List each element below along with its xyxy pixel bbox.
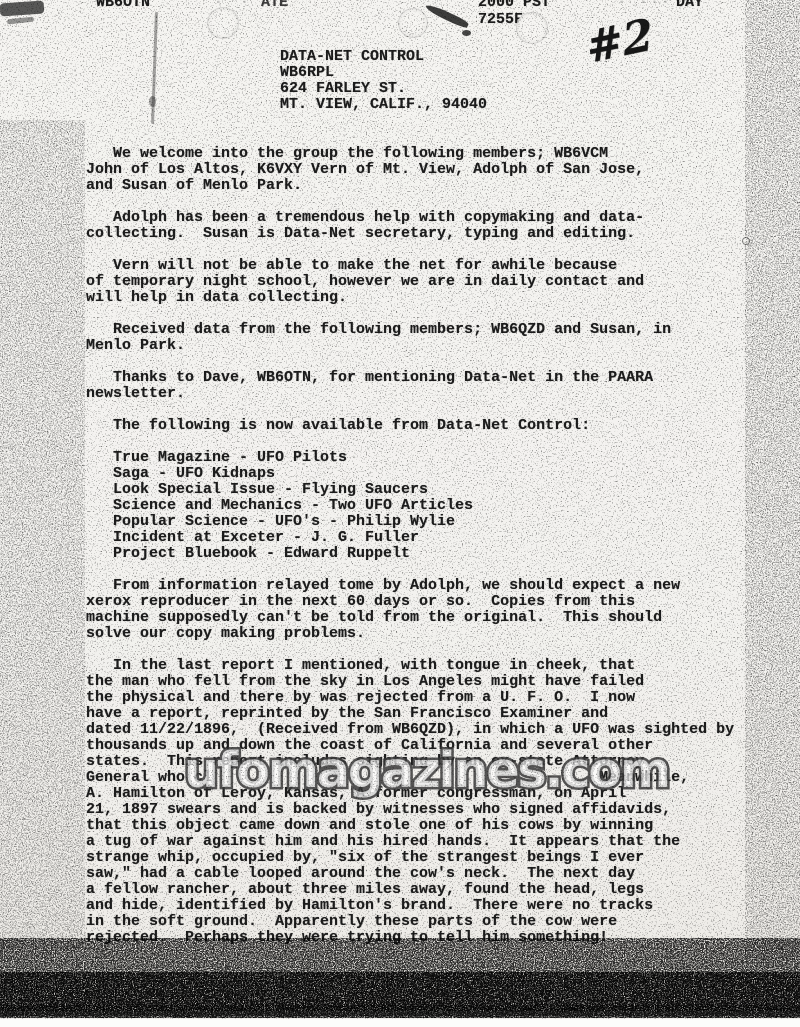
paragraph-adolph-susan: Adolph has been a tremendous help with c… — [86, 210, 800, 242]
watermark: ufomagazines.com — [184, 742, 669, 799]
available-item: Popular Science - UFO's - Philip Wylie — [86, 514, 800, 530]
available-item: Look Special Issue - Flying Saucers — [86, 482, 800, 498]
address-block: DATA-NET CONTROL WB6RPL 624 FARLEY ST. M… — [280, 49, 487, 113]
paragraph-vern-night-school: Vern will not be able to make the net fo… — [86, 258, 800, 306]
paragraph-welcome-members: We welcome into the group the following … — [86, 146, 800, 194]
paragraph-xerox-reproducer: From information relayed tome by Adolph,… — [86, 578, 800, 642]
header-time: 2000 PST — [478, 0, 550, 11]
scan-bottom-margin — [0, 1019, 800, 1027]
list-intro: The following is now available from Data… — [86, 418, 800, 434]
available-item: Saga - UFO Kidnaps — [86, 466, 800, 482]
ink-dot — [462, 30, 471, 36]
paragraph-thanks-paara: Thanks to Dave, WB6OTN, for mentioning D… — [86, 370, 800, 402]
paragraph-received-data: Received data from the following members… — [86, 322, 800, 354]
available-item: Science and Mechanics - Two UFO Articles — [86, 498, 800, 514]
hole-punch — [516, 12, 548, 44]
available-item: Project Bluebook - Edward Ruppelt — [86, 546, 800, 562]
document-body: We welcome into the group the following … — [86, 146, 800, 962]
available-item: Incident at Exceter - J. G. Fuller — [86, 530, 800, 546]
address-line: MT. VIEW, CALIF., 94040 — [280, 97, 487, 113]
hole-punch — [398, 8, 428, 38]
header-callsign: WB6OTN — [96, 0, 150, 11]
address-line: 624 FARLEY ST. — [280, 81, 487, 97]
hole-punch — [207, 7, 239, 39]
scanned-document-page: WB6OTN ATE 2000 PST DAY 7255F #2 DATA-NE… — [0, 0, 800, 1019]
ink-blob — [149, 96, 156, 107]
address-line: DATA-NET CONTROL — [280, 49, 487, 65]
paragraph-ufo-report: In the last report I mentioned, with ton… — [86, 658, 800, 946]
header-day-fragment: DAY — [617, 0, 703, 11]
available-item: True Magazine - UFO Pilots — [86, 450, 800, 466]
available-items-list: True Magazine - UFO Pilots Saga - UFO Ki… — [86, 450, 800, 562]
address-line: WB6RPL — [280, 65, 487, 81]
